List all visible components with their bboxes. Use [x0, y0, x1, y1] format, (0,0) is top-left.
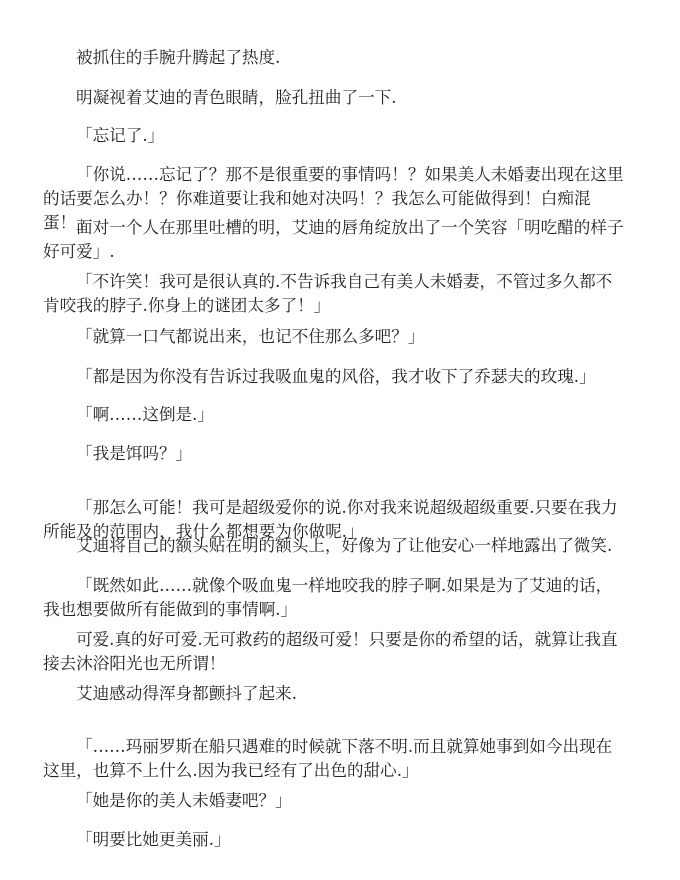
- paragraph: 艾迪将自己的额头贴在明的额头上，好像为了让他安心一样地露出了微笑.: [43, 534, 627, 558]
- paragraph: 明凝视着艾迪的青色眼睛，脸孔扭曲了一下.: [43, 86, 627, 110]
- paragraph: 「啊……这倒是.」: [43, 403, 627, 427]
- paragraph: 「忘记了.」: [43, 124, 627, 148]
- paragraph: 被抓住的手腕升腾起了热度.: [43, 46, 627, 70]
- paragraph: 「我是饵吗？」: [43, 442, 627, 466]
- paragraph: 「既然如此……就像个吸血鬼一样地咬我的脖子啊.如果是为了艾迪的话，我也想要做所有…: [43, 574, 627, 622]
- paragraph: 艾迪感动得浑身都颤抖了起来.: [43, 682, 627, 706]
- paragraph: 「她是你的美人未婚妻吧？」: [43, 789, 627, 813]
- paragraph: 「明要比她更美丽.」: [43, 828, 627, 852]
- paragraph: 面对一个人在那里吐槽的明，艾迪的唇角绽放出了一个笑容「明吃醋的样子好可爱」.: [43, 216, 627, 264]
- paragraph: 「都是因为你没有告诉过我吸血鬼的风俗，我才收下了乔瑟夫的玫瑰.」: [43, 365, 627, 389]
- paragraph: 「不许笑！我可是很认真的.不告诉我自己有美人未婚妻，不管过多久都不肯咬我的脖子.…: [43, 270, 627, 318]
- paragraph: 「就算一口气都说出来，也记不住那么多吧？」: [43, 325, 627, 349]
- paragraph: 「……玛丽罗斯在船只遇难的时候就下落不明.而且就算她事到如今出现在这里，也算不上…: [43, 735, 627, 783]
- paragraph: 可爱.真的好可爱.无可救药的超级可爱！只要是你的希望的话，就算让我直接去沐浴阳光…: [43, 628, 627, 676]
